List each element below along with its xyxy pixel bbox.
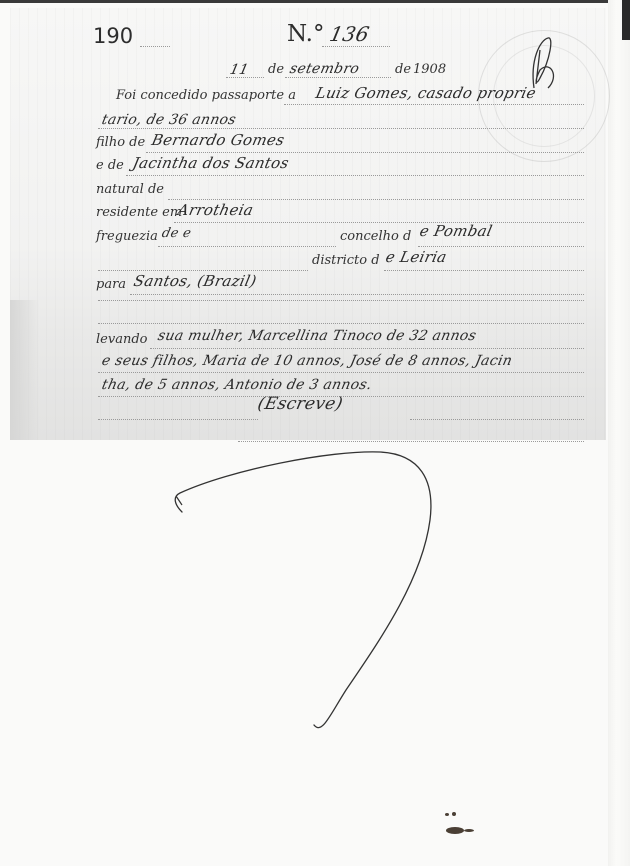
blank-line-1 xyxy=(98,300,584,301)
year-dotted-line xyxy=(140,46,170,47)
ink-speck xyxy=(452,812,456,816)
granted-line-1 xyxy=(284,104,584,105)
natural-label: natural de xyxy=(96,182,164,197)
father-label: filho de xyxy=(96,135,145,150)
accompanying-dotted-1 xyxy=(150,348,584,349)
escreve-note: (Escreve) xyxy=(256,394,345,414)
district-label: districto d xyxy=(312,253,380,268)
destination-value: Santos, (Brazil) xyxy=(132,272,258,290)
accompanying-line1: sua mulher, Marcellina Tinoco de 32 anno… xyxy=(156,328,478,344)
entry-number: 136 xyxy=(327,22,371,46)
blank-line-2 xyxy=(98,323,584,324)
father-value: Bernardo Gomes xyxy=(150,131,286,149)
ink-speck xyxy=(445,813,449,816)
scan-corner-shadow xyxy=(622,0,630,40)
scan-edge-top xyxy=(0,0,630,3)
parish-line xyxy=(158,246,336,247)
accompanying-line2: e seus filhos, Maria de 10 annos, José d… xyxy=(100,353,513,369)
scan-edge-right xyxy=(608,0,630,866)
footer-line-bottom xyxy=(238,441,584,442)
date-year: 1908 xyxy=(413,62,446,77)
granted-line-2 xyxy=(98,128,584,129)
parish-value: de e xyxy=(160,226,192,241)
residence-value: Arrotheia xyxy=(176,201,255,219)
date-de-1: de xyxy=(268,62,284,77)
council-value: e Pombal xyxy=(418,222,494,240)
accompanying-dotted-2 xyxy=(98,372,584,373)
date-day-line xyxy=(226,77,264,78)
scanned-document-page: 190 N.° 136 11 de setembro de 1908 Foi c… xyxy=(0,0,630,866)
father-line xyxy=(146,152,584,153)
date-day: 11 xyxy=(228,62,250,78)
initial-mark: R xyxy=(530,34,531,35)
destination-line xyxy=(130,294,584,295)
ink-stain xyxy=(464,829,474,832)
form-shadow xyxy=(10,300,40,440)
residence-label: residente em xyxy=(96,205,182,220)
district-leading-line xyxy=(98,270,308,271)
number-label: N.° xyxy=(287,21,324,47)
parish-label: freguezia xyxy=(96,229,158,244)
district-line xyxy=(384,270,584,271)
date-month-line xyxy=(285,77,391,78)
year-prefix: 190 xyxy=(93,24,133,48)
natural-line xyxy=(168,199,584,200)
granted-value-line1: Luiz Gomes, casado proprie xyxy=(314,84,538,102)
accompanying-line3: tha, de 5 annos, Antonio de 3 annos. xyxy=(100,377,373,393)
council-line xyxy=(418,246,584,247)
mother-value: Jacintha dos Santos xyxy=(131,154,290,172)
residence-line xyxy=(174,222,584,223)
date-de-2: de xyxy=(395,62,411,77)
mother-line xyxy=(126,175,584,176)
footer-line-left xyxy=(98,419,258,420)
granted-value-line2: tario, de 36 annos xyxy=(100,112,237,128)
granted-label: Foi concedido passaporte a xyxy=(116,88,296,103)
accompanying-label: levando xyxy=(96,332,147,347)
district-value: e Leiria xyxy=(384,248,448,266)
ink-stain xyxy=(446,827,464,834)
destination-label: para xyxy=(96,277,126,292)
date-month: setembro xyxy=(288,61,361,77)
council-label: concelho d xyxy=(340,229,411,244)
footer-line-right xyxy=(410,419,584,420)
number-dotted-line xyxy=(322,46,390,47)
mother-label: e de xyxy=(96,158,124,173)
